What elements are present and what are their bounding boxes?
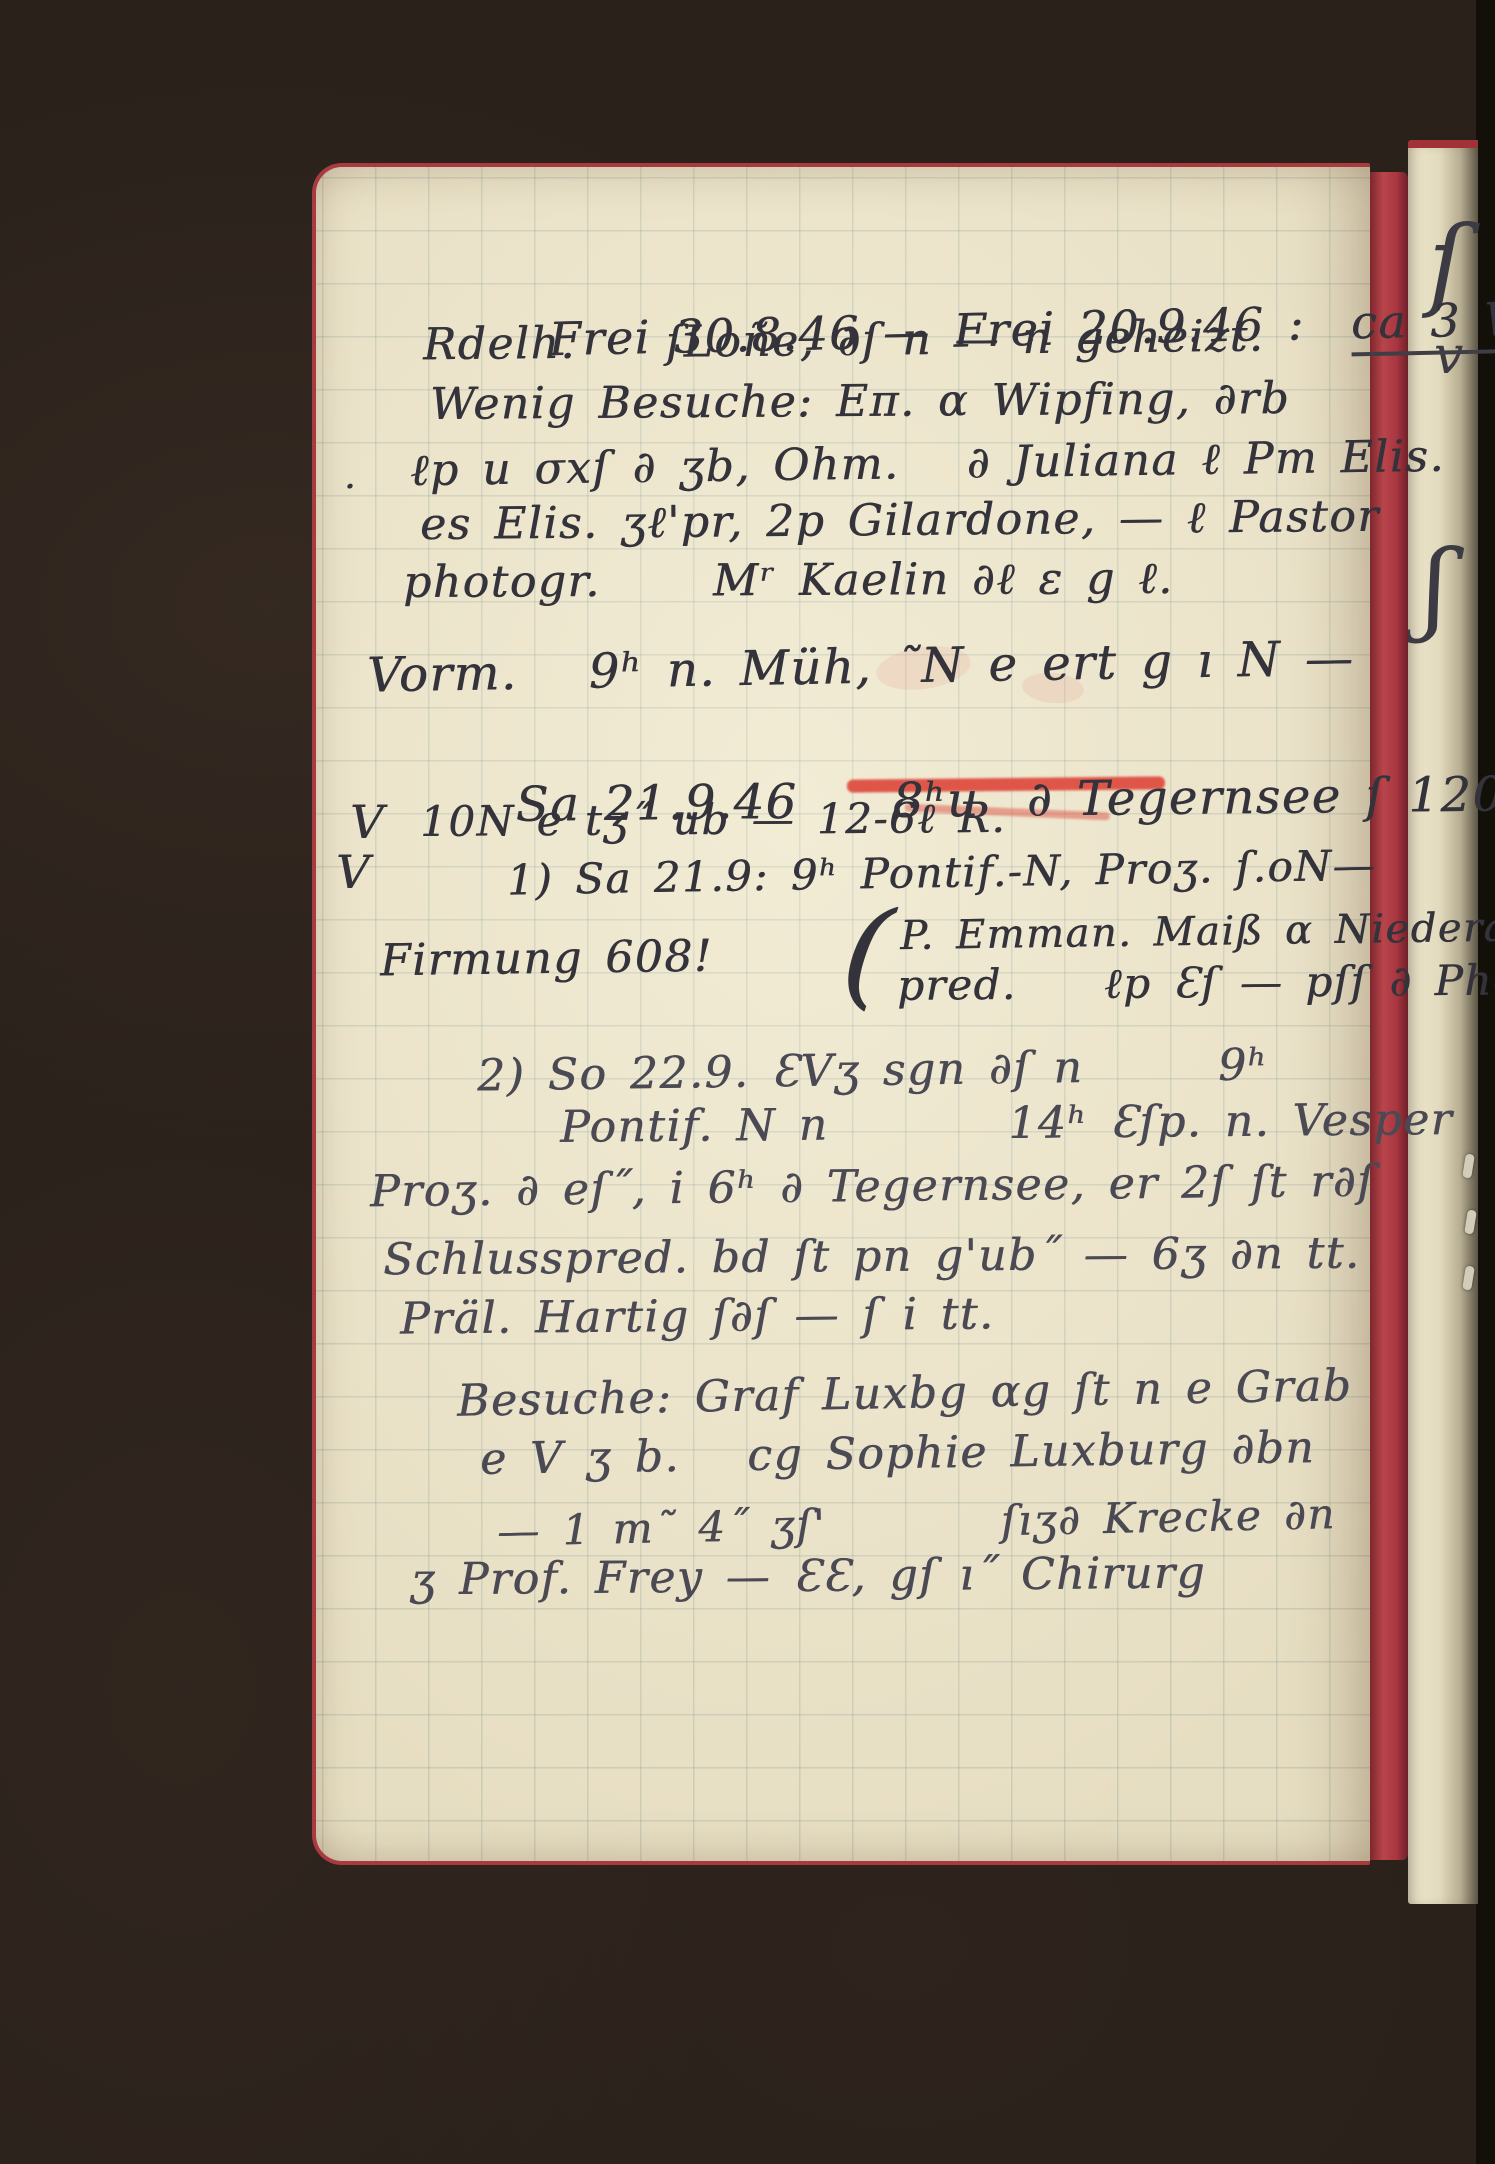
handwriting-line-5: es Elis. ʒℓ'pr, 2p Gilardone, — ℓ Pastor	[420, 493, 1380, 550]
handwriting-line-9: 10N e tʒ˝ ub — 12-6ℓ R.	[420, 795, 1006, 845]
handwriting-line-16: Schlusspred. bd ſt pn g'ub˝ — 6ʒ ∂n tt.	[383, 1230, 1361, 1285]
stitch-thread	[1462, 1153, 1475, 1178]
handwriting-line-3: Wenig Besuche: Eπ. α Wipfing, ∂rb	[430, 375, 1290, 429]
page-fore-edge-red	[1370, 172, 1408, 1860]
margin-check-1: V	[350, 795, 383, 849]
handwriting-line-13: 2) So 22.9. ƐVʒ sgn ∂ſ n 9ʰ	[477, 1041, 1269, 1100]
facing-page-edge: ſ v ʃ	[1408, 140, 1478, 1904]
stitch-thread	[1464, 1209, 1477, 1234]
handwriting-line-4: ℓp u σxſ ∂ ʒb, Ohm. ∂ Juliana ℓ Pm Elis.	[410, 433, 1445, 496]
line8-tegernsee: Tegernsee	[1077, 768, 1342, 827]
handwriting-line-14: Pontif. N n 14ʰ Ɛſp. n. Vesper	[560, 1096, 1453, 1152]
handwriting-line-12: pred. ℓp Ɛſ — pſſ ∂ Phot.	[897, 957, 1495, 1009]
firmung-brace: (	[836, 881, 899, 1024]
handwriting-line-17: Präl. Hartig ſ∂ſ — ſ i tt.	[400, 1290, 995, 1344]
line8-tail: ſ 1200 h	[1341, 765, 1495, 824]
handwriting-line-18: Besuche: Graf Luxbg αg ſt n e Grab	[457, 1362, 1353, 1426]
margin-check-2: V	[336, 845, 369, 899]
photo-background: ſ v ʃ Frei 30.8.46 — Frei 20.9.46 : ca 3…	[0, 0, 1495, 2164]
handwriting-line-11-label: Firmung 608!	[380, 933, 714, 986]
handwriting-line-7: Vorm. 9ʰ n. Müh, ˜N e ert g ı N —	[367, 632, 1355, 702]
stitch-thread	[1462, 1265, 1475, 1290]
handwriting-line-11-text: P. Emman. Maiß α Niederaltaich	[900, 904, 1495, 958]
handwriting-line-19: e V ʒ b. cg Sophie Luxburg ∂bn	[480, 1424, 1316, 1484]
margin-dot: ·	[344, 467, 355, 508]
handwriting-line-6: photogr. Mʳ Kaelin ∂ℓ ɛ g ℓ.	[403, 555, 1174, 607]
handwriting-line-2: Rdelh. ſLoñe, ∂ſ n — n geheizt.	[423, 313, 1265, 370]
handwriting-line-20: — 1 m˜ 4˝ ʒſ' ſıʒ∂ Krecke ∂n	[497, 1491, 1337, 1555]
facing-mark-squiggle: ʃ	[1422, 528, 1449, 645]
line1-underlined-duration: ca 3 Woch—	[1350, 288, 1495, 356]
handwriting-line-15: Proʒ. ∂ eſ˝, i 6ʰ ∂ Tegernsee, er 2ſ ſt …	[370, 1158, 1375, 1217]
notebook-page: Frei 30.8.46 — Frei 20.9.46 : ca 3 Woch—…	[312, 163, 1370, 1865]
handwriting-line-21: ʒ Prof. Frey — ƐƐ, gſ ı˝ Chirurg	[410, 1550, 1206, 1605]
